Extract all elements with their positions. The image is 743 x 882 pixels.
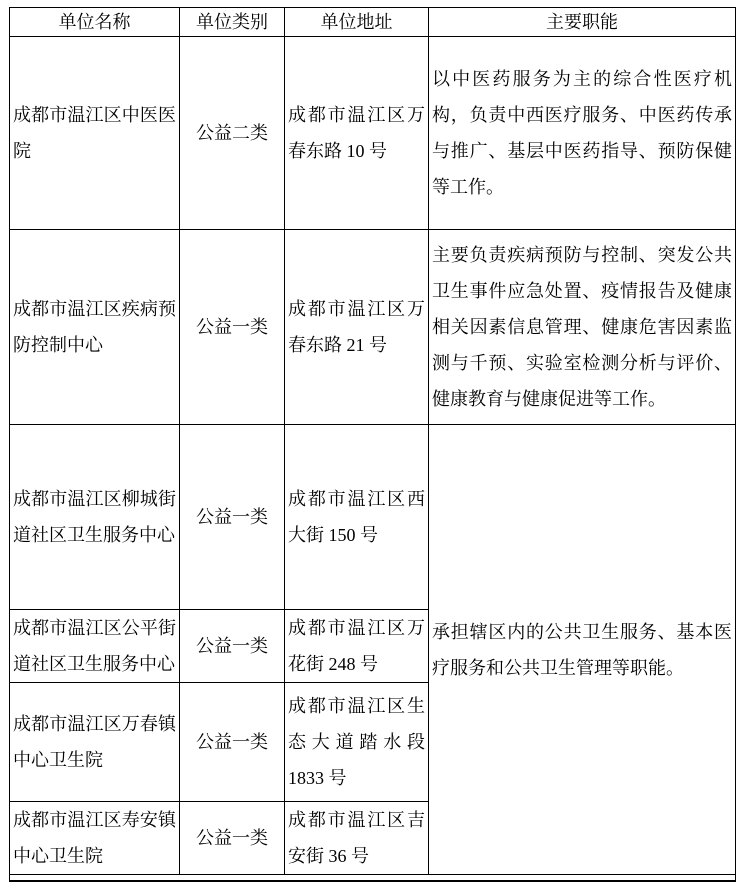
header-unit-category: 单位类别 (180, 8, 285, 37)
table-row: 成都市温江区疾病预防控制中心 公益一类 成都市温江区万春东路 21 号 主要负责… (10, 230, 736, 425)
empty-cell (10, 875, 736, 882)
unit-address-cell: 成都市温江区吉安街 36 号 (285, 802, 429, 875)
unit-functions-cell: 主要负责疾病预防与控制、突发公共卫生事件应急处置、疫情报告及健康相关因素信息管理… (429, 230, 736, 425)
header-main-functions: 主要职能 (429, 8, 736, 37)
unit-category-cell: 公益一类 (180, 802, 285, 875)
unit-name-cell: 成都市温江区中医医院 (10, 37, 180, 230)
unit-address-cell: 成都市温江区生态大道踏水段 1833 号 (285, 683, 429, 802)
empty-spacer-row (10, 875, 736, 882)
unit-address-cell: 成都市温江区万春东路 21 号 (285, 230, 429, 425)
unit-address-cell: 成都市温江区万花街 248 号 (285, 610, 429, 683)
unit-name-cell: 成都市温江区公平街道社区卫生服务中心 (10, 610, 180, 683)
unit-name-cell: 成都市温江区寿安镇中心卫生院 (10, 802, 180, 875)
unit-table: 单位名称 单位类别 单位地址 主要职能 成都市温江区中医医院 公益二类 成都市温… (9, 7, 736, 882)
unit-category-cell: 公益一类 (180, 610, 285, 683)
unit-name-cell: 成都市温江区疾病预防控制中心 (10, 230, 180, 425)
header-unit-name: 单位名称 (10, 8, 180, 37)
table-row: 成都市温江区中医医院 公益二类 成都市温江区万春东路 10 号 以中医药服务为主… (10, 37, 736, 230)
table-header-row: 单位名称 单位类别 单位地址 主要职能 (10, 8, 736, 37)
unit-category-cell: 公益二类 (180, 37, 285, 230)
header-unit-address: 单位地址 (285, 8, 429, 37)
unit-functions-cell: 以中医药服务为主的综合性医疗机构，负责中西医疗服务、中医药传承与推广、基层中医药… (429, 37, 736, 230)
merged-functions-cell: 承担辖区内的公共卫生服务、基本医疗服务和公共卫生管理等职能。 (429, 425, 736, 875)
unit-category-cell: 公益一类 (180, 425, 285, 610)
unit-address-cell: 成都市温江区西大街 150 号 (285, 425, 429, 610)
document-page: 单位名称 单位类别 单位地址 主要职能 成都市温江区中医医院 公益二类 成都市温… (0, 0, 743, 882)
unit-category-cell: 公益一类 (180, 230, 285, 425)
unit-address-cell: 成都市温江区万春东路 10 号 (285, 37, 429, 230)
unit-category-cell: 公益一类 (180, 683, 285, 802)
unit-name-cell: 成都市温江区柳城街道社区卫生服务中心 (10, 425, 180, 610)
table-row: 成都市温江区柳城街道社区卫生服务中心 公益一类 成都市温江区西大街 150 号 … (10, 425, 736, 610)
unit-name-cell: 成都市温江区万春镇中心卫生院 (10, 683, 180, 802)
